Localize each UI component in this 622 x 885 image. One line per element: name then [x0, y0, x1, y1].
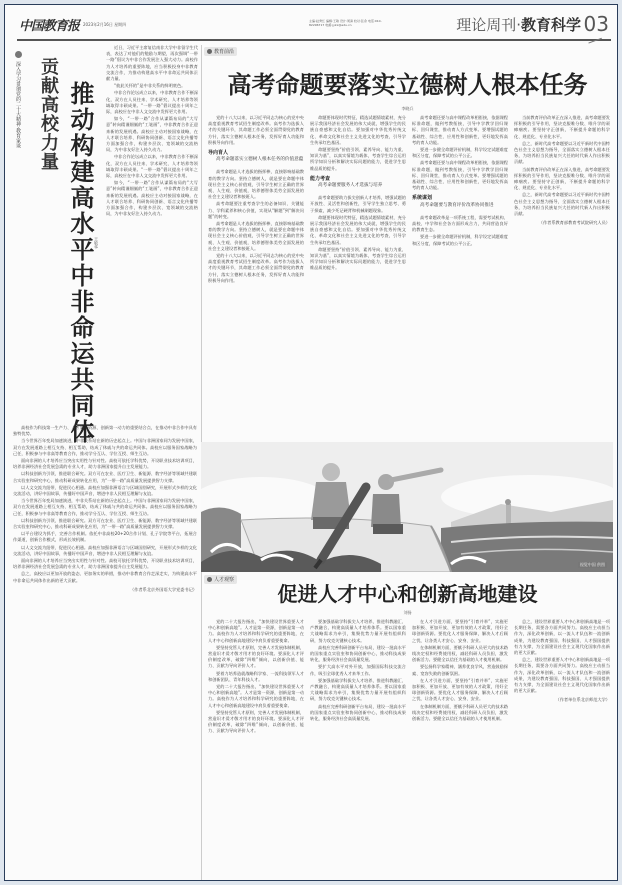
top-article-column-1: 党的十八大以来，以习近平同志为核心的党中央高度重视教育考试招生制度改革。高考作为… — [208, 115, 304, 437]
paragraph: 中非合作论坛成立以来，中非教育合作不断深化，双方在人员往来、学术研究、人才培养等… — [106, 90, 198, 115]
paragraph: 要加强基础学科拔尖人才培养，推进科教融汇、产教融合，构建高质量人才培养体系。要以… — [310, 678, 406, 703]
paragraph: “彼此关怀的”是中非关系的鲜明底色。 — [106, 83, 198, 89]
paragraph: 面向非洲的人才培养应当突出实用性与针对性。高校可依托学科优势，开设职业技术培训项… — [13, 558, 197, 570]
issue-date: 2023年2月16日 星期四 — [83, 22, 126, 28]
paragraph: 总之，新时代高考命题要以习近平新时代中国特色社会主义思想为指导，全面落实立德树人… — [514, 192, 610, 217]
paragraph: 在体制机制方面，要赋予科研人员更大的技术路线决定权和经费使用权，减轻科研人员负担… — [412, 645, 508, 664]
left-article-upper-column: 近日，习近平主席复信南非大学中非留学生代表，表达了对他们的勉励与期望，再次强调“… — [106, 45, 198, 423]
subheading: 系统谋划 — [412, 195, 508, 201]
top-article-column-2: 命题要体现时代特征，精选试题情境素材，充分展示我国经济社会发展的伟大成就，增强学… — [310, 115, 406, 437]
paragraph: 以平台建设为抓手，完善合作机制。依托中非高校20+20合作计划、孔子学院等平台，… — [13, 531, 197, 543]
top-article-column-3: 高考命题还要与高中课程改革相衔接，依据课程标准命题，做到考教衔接，引导中学教学回… — [412, 115, 508, 437]
bottom-article-column-4: 总之，建设世界重要人才中心和创新高地是一项长期任务，需要各方面共同努力。高校应主… — [514, 619, 610, 877]
paragraph: 党的十八大以来，以习近平同志为核心的党中央高度重视教育考试招生制度改革。高考作为… — [208, 115, 304, 146]
paragraph: 近日，习近平主席复信南非大学中非留学生代表，表达了对他们的勉励与期望，再次强调“… — [106, 45, 198, 82]
paragraph: 以科技创新为引领，推进联合研究。双方可在农业、医疗卫生、新能源、数字经济等领域共… — [13, 471, 197, 483]
paragraph: 总之，建设世界重要人才中心和创新高地是一项长期任务，需要各方面共同努力。高校应主… — [514, 619, 610, 656]
paragraph: 要进一步健全命题评价机制，科学设定试题难度和区分度，保障考试的公平公正。 — [412, 147, 508, 159]
paragraph: 当前教育评价改革正在深入推进，高考命题要发挥积极的引导作用，坚决克服唯分数、唯升… — [514, 167, 610, 192]
newspaper-page: 中国教育报 2023年2月16日 星期四 主编:赵秀红 编辑:王敏 设计:周润 … — [4, 4, 618, 881]
paragraph: 高校作为科技第一生产力、人才第一资源、创新第一动力的重要结合点，在推动中非合作中… — [13, 425, 197, 437]
page-number: 03 — [584, 12, 609, 36]
paragraph: 高考命题改革是一项系统工程，需要考试机构、高校、中学和社会各方面形成合力，共同营… — [412, 215, 508, 234]
boat-book-illustration — [201, 442, 613, 572]
paragraph: 要进一步健全命题评价机制，科学设定试题难度和区分度，保障考试的公平公正。 — [412, 234, 508, 246]
bottom-article-headline: 促进人才中心和创新高地建设 — [205, 578, 610, 607]
paragraph: 总之，建设世界重要人才中心和创新高地是一项长期任务，需要各方面共同努力。高校应主… — [514, 657, 610, 694]
section-name: 教育科学 — [521, 16, 581, 34]
paragraph: 高校应完善科研创新平台布局，建设一批高水平的国家重点实验室和协同创新中心，推动科… — [310, 704, 406, 723]
paragraph: 高考命题是人才选拔的指挥棒，直接影响基础教育的教学方向。坚持立德树人，就是要在命… — [208, 221, 304, 252]
tag-dot-icon — [207, 49, 212, 54]
left-article-kicker: 深入学习贯彻党的二十大精神·教育家谈 — [14, 51, 22, 148]
paragraph: 以科技创新为引领，推进联合研究。双方可在农业、医疗卫生、新能源、数字经济等领域共… — [13, 518, 197, 530]
kicker-badge-icon — [15, 51, 22, 58]
paragraph: 在人才引进方面，要坚持“引育并举”，实施更加积极、更加开放、更加有效的人才政策，… — [412, 619, 508, 644]
section-title: 理论周刊·教育科学 — [456, 14, 581, 35]
paragraph: 党的二十大报告指出，“加快建设世界重要人才中心和创新高地”。人才是第一资源，创新… — [208, 619, 304, 644]
subheading-line: 高考命题要服务人才选拔与培养 — [310, 183, 406, 189]
author-note: （作者系教育部教育考试院研究人员） — [514, 220, 610, 226]
paragraph: 要扩大高水平对外开放，加强国际科技交流合作，吸引全球优秀人才来华工作。 — [310, 664, 406, 676]
paragraph: 总之，高校应以更加开放的姿态、更加务实的举措，推动中非教育合作走深走实，为构建高… — [13, 571, 197, 583]
subheading: 导向育人 — [208, 150, 304, 156]
paragraph: 高校应完善科研创新平台布局，建设一批高水平的国家重点实验室和协同创新中心，推动科… — [310, 645, 406, 664]
paragraph: 要加强基础学科拔尖人才培养，推进科教融汇、产教融合，构建高质量人才培养体系。要以… — [310, 619, 406, 644]
bottom-article-column-1: 党的二十大报告指出，“加快建设世界重要人才中心和创新高地”。人才是第一资源，创新… — [208, 619, 304, 877]
author-note: （作者单位系北京师范大学） — [514, 697, 610, 703]
paragraph: 要着力培养造就战略科学家、一流科技领军人才和创新团队、青年科技人才。 — [208, 671, 304, 683]
paragraph: 当今世界百年变局加速演进，中非关系站在新的历史起点上。中国与非洲国家同为发展中国… — [13, 438, 197, 457]
paragraph: 中非合作论坛成立以来，中非教育合作不断深化，双方在人员往来、学术研究、人才培养等… — [106, 154, 198, 179]
kicker-text: 深入学习贯彻党的二十大精神·教育家谈 — [15, 62, 21, 149]
paragraph: 要坚持党管人才原则，完善人才发展体制机制，营造识才爱才敬才用才的良好环境。要深化… — [208, 645, 304, 670]
top-article-byline: 李晓兵 — [205, 106, 610, 112]
paragraph: 高考命题还要与高中课程改革相衔接，依据课程标准命题，做到考教衔接，引导中学教学回… — [412, 115, 508, 146]
paragraph: 以人文交流为纽带，促进民心相通。高校应加强非洲语言与区域国别研究，开展形式多样的… — [13, 485, 197, 497]
paragraph: 高考命题要注重考查学生的必备知识、关键能力、学科素养和核心价值，实现从“解题”到… — [208, 201, 304, 220]
paragraph: 以人文交流为纽带，促进民心相通。高校应加强非洲语言与区域国别研究，开展形式多样的… — [13, 545, 197, 557]
left-article-byline: 王敏华 — [93, 237, 99, 249]
paragraph: 命题要体现时代特征，精选试题情境素材，充分展示我国经济社会发展的伟大成就，增强学… — [310, 215, 406, 246]
paragraph: 面向非洲的人才培养应当突出实用性与针对性。高校可依托学科优势，开设职业技术培训项… — [13, 458, 197, 470]
top-article-headline: 高考命题要落实立德树人根本任务 — [205, 65, 610, 100]
tag-label: 教育前沿 — [214, 49, 234, 55]
paragraph: 命题要坚持“价值引领、素养导向、能力为重、知识为基”，以真实情境为载体，考查学生… — [310, 147, 406, 172]
paragraph: 当今世界百年变局加速演进，中非关系站在新的历史起点上。中国与非洲国家同为发展中国… — [13, 498, 197, 517]
paragraph: 在人才引进方面，要坚持“引育并举”，实施更加积极、更加开放、更加有效的人才政策，… — [412, 678, 508, 703]
left-article-subtitle: 贡献高校力量 — [35, 57, 61, 171]
top-article-tag: 教育前沿 — [204, 47, 237, 56]
paragraph: 命题要体现时代特征，精选试题情境素材，充分展示我国经济社会发展的伟大成就，增强学… — [310, 115, 406, 146]
paragraph: 高考命题是人才选拔的指挥棒，直接影响基础教育的教学方向。坚持立德树人，就是要在命… — [208, 169, 304, 200]
masthead: 中国教育报 2023年2月16日 星期四 主编:赵秀红 编辑:王敏 设计:周润 … — [13, 9, 611, 39]
illustration-credit: 视觉中国 供图 — [578, 562, 607, 568]
article-illustration: 视觉中国 供图 — [201, 442, 613, 572]
masthead-rule — [17, 39, 611, 41]
bottom-article-column-3: 在人才引进方面，要坚持“引育并举”，实施更加积极、更加开放、更加有效的人才政策，… — [412, 619, 508, 877]
bottom-article-byline: 刘扬 — [205, 610, 610, 616]
left-article-title: 推动构建高水平中非命运共同体 — [63, 81, 98, 445]
left-article-lower-column: 高校作为科技第一生产力、人才第一资源、创新第一动力的重要结合点，在推动中非合作中… — [13, 425, 197, 877]
paragraph: 在体制机制方面，要赋予科研人员更大的技术路线决定权和经费使用权，减轻科研人员负担… — [412, 704, 508, 723]
author-note: （作者系北京外国语大学党委书记） — [13, 587, 197, 593]
paragraph: 当前教育评价改革正在深入推进，高考命题要发挥积极的引导作用，坚决克服唯分数、唯升… — [514, 115, 610, 140]
subheading-line: 高考命题落实立德树人根本任务的价值意蕴 — [208, 157, 304, 163]
top-article-column-4: 当前教育评价改革正在深入推进，高考命题要发挥积极的引导作用，坚决克服唯分数、唯升… — [514, 115, 610, 437]
paragraph: 党的二十大报告指出，“加快建设世界重要人才中心和创新高地”。人才是第一资源，创新… — [208, 684, 304, 709]
section-prefix: 理论周刊· — [456, 16, 521, 34]
paragraph: 高考命题还要与高中课程改革相衔接，依据课程标准命题，做到考教衔接，引导中学教学回… — [412, 160, 508, 191]
paragraph: 总之，新时代高考命题要以习近平新时代中国特色社会主义思想为指导，全面落实立德树人… — [514, 141, 610, 166]
newspaper-logo: 中国教育报 — [19, 15, 79, 34]
subheading-line: 高考命题要与教育评价改革协同推进 — [412, 203, 508, 209]
subheading: 能力考查 — [310, 176, 406, 182]
bottom-article-column-2: 要加强基础学科拔尖人才培养，推进科教融汇、产教融合，构建高质量人才培养体系。要以… — [310, 619, 406, 877]
paragraph: 命题要坚持“价值引领、素养导向、能力为重、知识为基”，以真实情境为载体，考查学生… — [310, 247, 406, 272]
editorial-info: 主编:赵秀红 编辑:王敏 设计:周润 校对:张余 电话:010-82296717… — [309, 19, 391, 27]
paragraph: 党的十八大以来，以习近平同志为核心的党中央高度重视教育考试招生制度改革。高考作为… — [208, 253, 304, 284]
paragraph: 要弘扬科学家精神，涵养优良学风，营造鼓励探索、宽容失败的创新氛围。 — [412, 664, 508, 676]
paragraph: 高考命题要助力拔尖创新人才培养，增强试题的开放性、灵活性和创新性，引导学生独立思… — [310, 195, 406, 214]
paragraph: 如今，“一带一路”合作从谋篇布局的“大写意”转向精谨细腻的“工笔画”，中非教育合… — [106, 180, 198, 217]
paragraph: 如今，“一带一路”合作从谋篇布局的“大写意”转向精谨细腻的“工笔画”，中非教育合… — [106, 116, 198, 153]
paragraph: 要坚持党管人才原则，完善人才发展体制机制，营造识才爱才敬才用才的良好环境。要深化… — [208, 710, 304, 735]
